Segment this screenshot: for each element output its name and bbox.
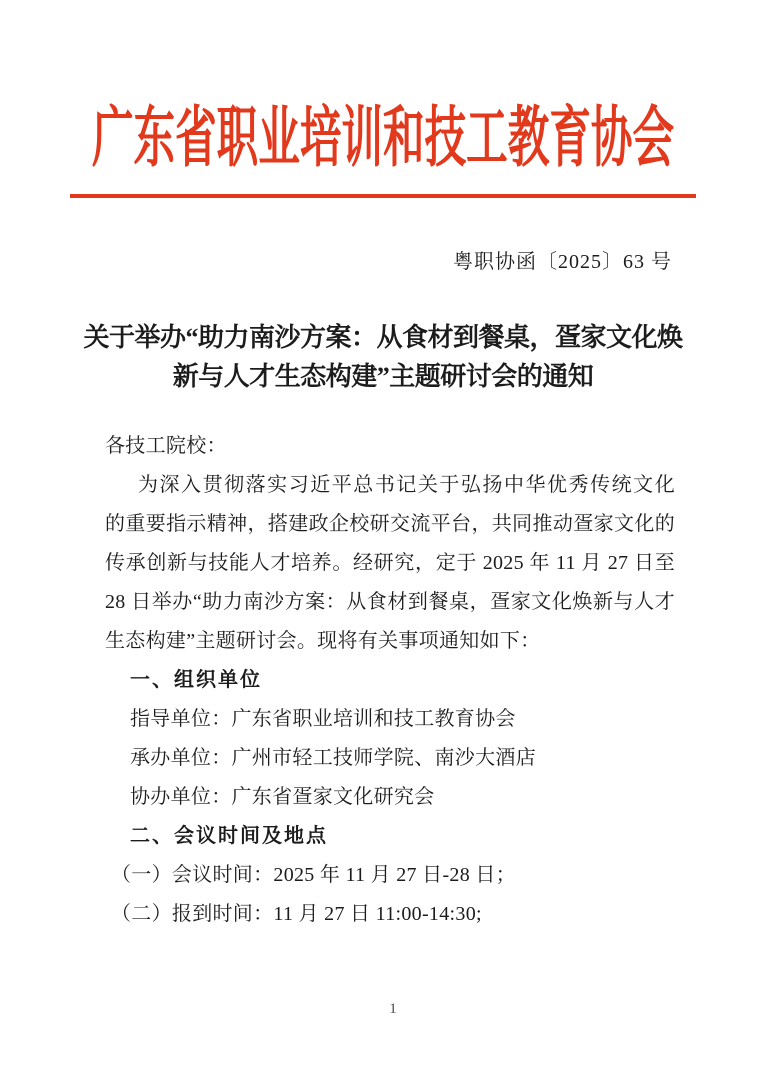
section-heading-organizers: 一、组织单位 (105, 661, 675, 700)
intro-paragraph-line: 的重要指示精神，搭建政企校研交流平台，共同推动疍家文化的 (105, 505, 675, 544)
organization-name: 广东省职业培训和技工教育协会 (92, 104, 674, 173)
document-body: 各技工院校： 为深入贯彻落实习近平总书记关于弘扬中华优秀传统文化 的重要指示精神… (105, 427, 675, 934)
document-page: 广东省职业培训和技工教育协会 粤职协函〔2025〕63 号 关于举办“助力南沙方… (0, 0, 766, 1080)
intro-paragraph-line: 生态构建”主题研讨会。现将有关事项通知如下： (105, 622, 675, 661)
document-number: 粤职协函〔2025〕63 号 (453, 249, 672, 275)
document-title-line-2: 新与人才生态构建”主题研讨会的通知 (40, 357, 726, 396)
intro-paragraph-line: 传承创新与技能人才培养。经研究，定于 2025 年 11 月 27 日至 (105, 544, 675, 583)
checkin-time-line: （二）报到时间：11 月 27 日 11:00-14:30; (105, 895, 675, 934)
document-title-line-1: 关于举办“助力南沙方案：从食材到餐桌，疍家文化焕 (40, 318, 726, 357)
page-number: 1 (20, 1000, 766, 1018)
letterhead: 广东省职业培训和技工教育协会 (0, 104, 766, 173)
letterhead-divider-line (70, 194, 696, 198)
co-organizer-unit-line: 协办单位：广东省疍家文化研究会 (105, 778, 675, 817)
host-unit-line: 承办单位：广州市轻工技师学院、南沙大酒店 (105, 739, 675, 778)
document-title: 关于举办“助力南沙方案：从食材到餐桌，疍家文化焕 新与人才生态构建”主题研讨会的… (40, 318, 726, 396)
guiding-unit-line: 指导单位：广东省职业培训和技工教育协会 (105, 700, 675, 739)
intro-paragraph-line: 为深入贯彻落实习近平总书记关于弘扬中华优秀传统文化 (105, 466, 675, 505)
salutation: 各技工院校： (105, 427, 675, 466)
section-heading-time-place: 二、会议时间及地点 (105, 817, 675, 856)
intro-paragraph-line: 28 日举办“助力南沙方案：从食材到餐桌，疍家文化焕新与人才 (105, 583, 675, 622)
meeting-time-line: （一）会议时间：2025 年 11 月 27 日-28 日； (105, 856, 675, 895)
